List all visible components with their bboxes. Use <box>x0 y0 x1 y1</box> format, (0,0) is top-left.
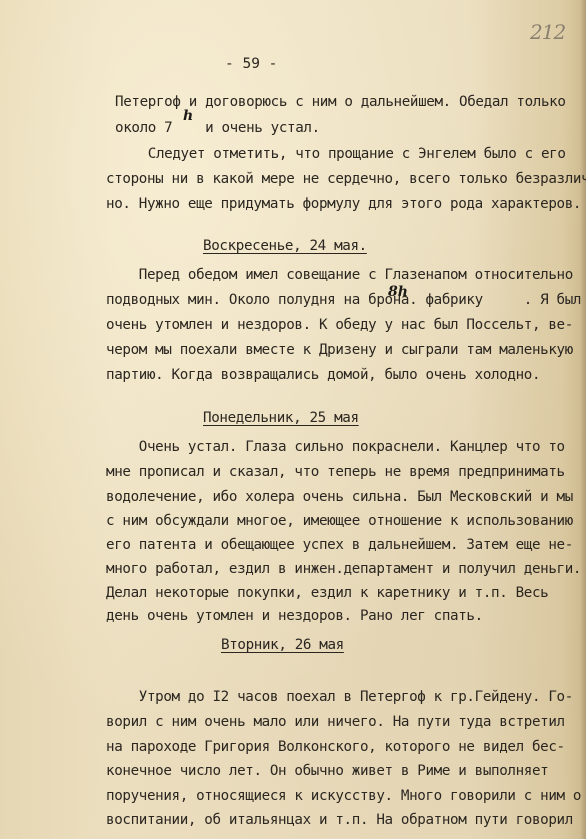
date-heading-monday: Понедельник, 25 мая <box>203 411 359 425</box>
text-line: мне прописал и сказал, что теперь не вре… <box>106 465 565 479</box>
text-line: поручения, относящиеся к искусству. Мног… <box>106 789 581 803</box>
handwritten-annotation: h <box>183 108 193 124</box>
text-line: много работал, ездил в инжен.департамент… <box>106 562 581 576</box>
text-line: воспитании, об итальянцах и т.п. На обра… <box>106 813 573 827</box>
text-line: конечное число лет. Он обычно живет в Ри… <box>106 764 548 778</box>
text-line: с ним обсуждали многое, имеющее отношени… <box>106 514 573 528</box>
text-line: очень утомлен и нездоров. К обеду у нас … <box>106 318 573 332</box>
text-line: стороны ни в какой мере не сердечно, все… <box>106 172 586 186</box>
page-edge-shadow <box>580 0 586 839</box>
text-line: на пароходе Григория Волконского, которо… <box>106 740 565 754</box>
text-line: Делал некоторые покупки, ездил к каретни… <box>106 586 548 600</box>
text-line: ворил с ним очень мало или ничего. На пу… <box>106 715 565 729</box>
text-line: Перед обедом имел совещание с Глазенапом… <box>106 268 573 282</box>
text-line: Следует отметить, что прощание с Энгелем… <box>115 147 566 161</box>
date-heading-tuesday: Вторник, 26 мая <box>221 638 344 652</box>
text-line: Очень устал. Глаза сильно покраснели. Ка… <box>106 440 565 454</box>
text-line: водолечение, ибо холера очень сильна. Бы… <box>106 490 573 504</box>
text-line: Утром до I2 часов поехал в Петергоф к гр… <box>106 690 573 704</box>
archive-folio-number: 212 <box>530 20 565 44</box>
page-number: - 59 - <box>225 56 277 72</box>
text-line: около 7 и очень устал. <box>115 121 320 135</box>
document-page: 212 - 59 - Петергоф и договорюсь с ним о… <box>0 0 586 839</box>
text-line: чером мы поехали вместе к Дризену и сыгр… <box>106 343 573 357</box>
text-line: партию. Когда возвращались домой, было о… <box>106 368 540 382</box>
text-line: подводных мин. Около полудня на брона. ф… <box>106 293 581 307</box>
date-heading-sunday: Воскресенье, 24 мая. <box>203 239 367 253</box>
text-line: его патента и обещающее успех в дальнейш… <box>106 538 573 552</box>
handwritten-annotation: 8h <box>388 284 408 300</box>
text-line: но. Нужно еще придумать формулу для этог… <box>106 197 581 211</box>
text-line: день очень утомлен и нездоров. Рано лег … <box>106 609 483 623</box>
